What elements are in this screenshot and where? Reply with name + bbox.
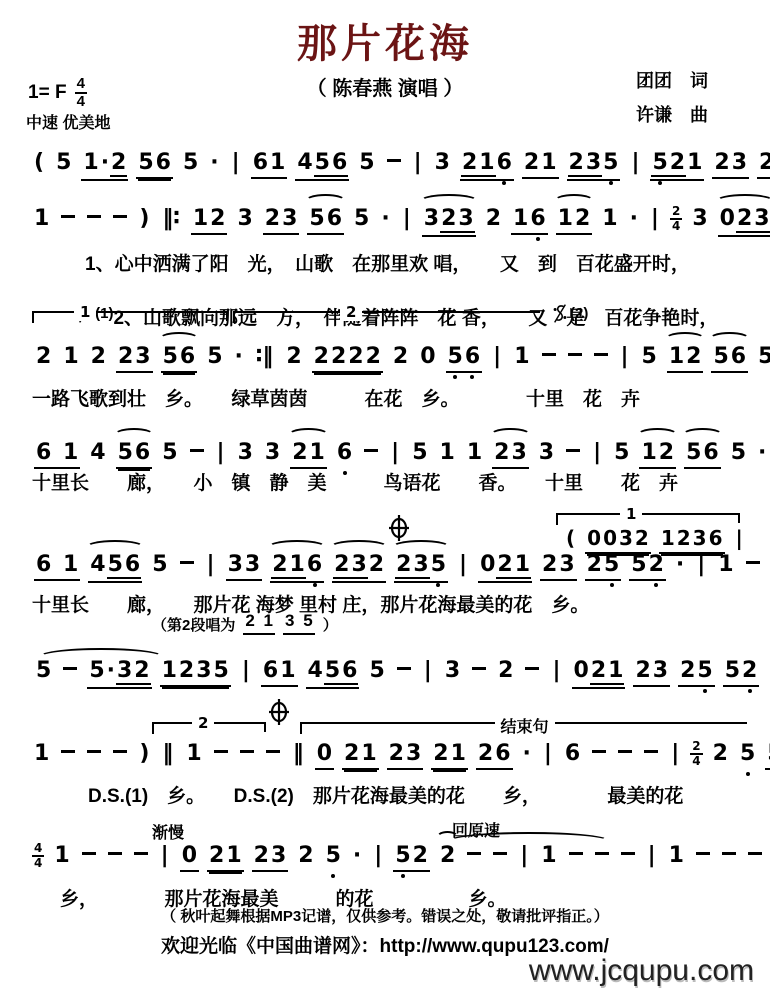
sheet-music-page: 那片花海 （ 陈春燕 演唱 ） 团团 词许谦 曲 1= F 4 4 中速 优美地… [0, 0, 770, 1000]
barline: | [671, 741, 679, 766]
note-char: 6 [326, 206, 343, 231]
note-group: 2 [296, 843, 315, 870]
lyrics-verse-1: 1、心中洒满了阳 光， 山歌 在那里欢 唱， 又 到 百花盛开时， [85, 249, 690, 276]
note-group: 3 [263, 440, 282, 467]
note-group: 56 [161, 344, 198, 373]
note-group: 1 [61, 344, 80, 371]
volta-1-ending-bracket: 1 [556, 513, 740, 525]
note-char: 1 [33, 206, 50, 231]
note-char: · [675, 552, 685, 577]
note-char: 2 [253, 843, 270, 868]
note-group: 2222 [312, 344, 383, 373]
barline: | [459, 552, 467, 577]
note-char: 5 [35, 658, 52, 683]
note-char: 6 [708, 527, 724, 550]
duration-dash [722, 852, 736, 855]
note-group: 6 [335, 440, 354, 467]
duration-dash [618, 750, 632, 753]
duration-dash [190, 449, 204, 452]
note-group: 26 [476, 741, 513, 770]
barline: ‖∶ [162, 206, 179, 231]
note-char: 3 [405, 741, 422, 766]
barline: | [631, 150, 639, 175]
duration-dash [568, 353, 582, 356]
note-group: 61 [251, 150, 288, 179]
note-group: 56 [684, 440, 721, 469]
note-char: 2 [439, 843, 456, 868]
duration-dash [134, 852, 148, 855]
time-signature: 4 4 [75, 76, 87, 110]
note-char: · [234, 344, 244, 369]
note-char: 4 [89, 440, 106, 465]
note-char: 2 [590, 658, 607, 685]
note-char: 2 [343, 741, 360, 766]
note-char: 6 [252, 150, 269, 175]
note-group: 56 [711, 344, 748, 373]
note-char: 6 [496, 150, 513, 175]
note-char: 0 [573, 658, 590, 683]
note-group: 5 [34, 658, 53, 685]
barline: | [374, 843, 382, 868]
note-group: 5 [324, 843, 343, 870]
note-char: 5 [641, 344, 658, 369]
note-group: 232 [332, 552, 386, 583]
note-char: 1 [686, 150, 703, 175]
note-char: 3 [264, 440, 281, 465]
note-char: 3 [195, 658, 212, 683]
note-char: 5 [730, 440, 747, 465]
note-group: · [521, 741, 533, 768]
note-char: 5 [325, 843, 342, 868]
lyrics-line-7: D.S.(1) 乡。 D.S.(2) 那片花海最美的花 乡， 最美的花 [88, 781, 683, 808]
note-char: · [629, 206, 639, 231]
note-group: 216 [270, 552, 324, 583]
note-char: 2 [178, 658, 195, 683]
note-char: 3 [652, 658, 669, 683]
note-char: 1 [717, 552, 734, 577]
duration-dash [621, 852, 635, 855]
note-group: 521 [650, 150, 704, 181]
note-group: 5 [640, 344, 659, 371]
note-char: 2 [713, 150, 730, 175]
duration-dash [569, 852, 583, 855]
note-char: 3 [423, 206, 440, 231]
note-char: · [352, 843, 362, 868]
note-char: 1 [33, 741, 50, 766]
note-char: 5 [107, 552, 124, 579]
note-char: 2 [712, 741, 729, 766]
time-top: 2 [690, 740, 702, 755]
duration-dash [82, 852, 96, 855]
note-char: 3 [281, 206, 298, 231]
note-char: 1 [309, 440, 326, 465]
note-group: 0032 [585, 527, 651, 554]
tempo-marking: 中速 优美地 [26, 110, 110, 133]
note-char: 3 [691, 206, 708, 231]
note-group: 23 [252, 843, 289, 872]
duration-dash [87, 215, 101, 218]
note-char: 5 [630, 552, 647, 577]
note-group: 23 [116, 344, 153, 373]
note-char: 5 [766, 741, 770, 766]
duration-dash [467, 852, 481, 855]
note-char: 6 [306, 552, 323, 577]
duration-dash [525, 667, 539, 670]
note-group: 3 [443, 658, 462, 685]
note-char: 5 [151, 552, 168, 577]
note-char: 3 [457, 206, 474, 233]
note-char: 2 [117, 344, 134, 369]
note-char: 3 [731, 150, 748, 175]
note-char: 6 [331, 150, 348, 177]
note-group: 3 [235, 206, 254, 233]
time-signature: 24 [690, 740, 702, 767]
note-char: 3 [510, 440, 527, 465]
lyrics-line-3: 一路飞歌到壮 乡。 绿草茵茵 在花 乡。 十里 花 卉 [32, 384, 640, 411]
note-group: 0 [315, 741, 334, 770]
barline: | [414, 150, 422, 175]
note-group: 1·2 [81, 150, 128, 181]
volta-tick [738, 513, 740, 523]
note-char: 2 [741, 658, 758, 683]
note-char: 3 [236, 206, 253, 231]
note-group: 23 [540, 552, 577, 581]
cue-notes: (00321236| [560, 527, 750, 554]
time-signature: 44 [32, 842, 44, 869]
note-char: 2 [388, 741, 405, 766]
note-char: ) [138, 741, 150, 766]
barline: | [544, 741, 552, 766]
note-char: 2 [493, 440, 510, 465]
note-char: 1 [668, 843, 685, 868]
note-group: 4 [88, 440, 107, 467]
duration-dash [592, 750, 606, 753]
note-char: 2 [90, 344, 107, 369]
note-group: 5 [729, 440, 748, 467]
duration-dash [542, 353, 556, 356]
note-group: 235 [394, 552, 448, 583]
note-group: 23 [263, 206, 300, 235]
note-char: 2 [634, 658, 651, 683]
barline: | [648, 843, 656, 868]
note-char: 3 [116, 658, 133, 685]
duration-dash [180, 561, 194, 564]
note-char: 2 [35, 344, 52, 369]
verse2-variant-note: （第2段唱为 2 13 5 ） [152, 611, 338, 635]
note-char: 6 [529, 206, 546, 231]
note-char: 3 [444, 658, 461, 683]
note-char: 1 [263, 611, 274, 631]
note-group: 61 [261, 658, 298, 687]
note-group: 5 [367, 658, 386, 685]
note-char: 5 [696, 658, 713, 683]
note-group: 323 [422, 206, 476, 237]
barline: | [651, 206, 659, 231]
note-char: ) [138, 206, 150, 231]
duration-dash [266, 750, 280, 753]
note-group: 56 [446, 344, 483, 373]
note-char: 2 [365, 344, 382, 369]
note-char [52, 440, 62, 465]
note-group: 25 [757, 150, 770, 179]
note-group: 56 [136, 150, 173, 179]
barline: | [207, 552, 215, 577]
note-group: 1 [667, 843, 686, 870]
note-char: 5 [757, 344, 770, 369]
time-top: 4 [32, 842, 44, 857]
key-label: 1= F [28, 82, 67, 104]
note-char: 5 [712, 344, 729, 369]
note-group: 1 [32, 206, 51, 233]
note-char: 2 [330, 344, 347, 369]
barline: | [242, 658, 250, 683]
note-group: 21 [342, 741, 379, 770]
lyrics-line-4: 十里长 廊， 小 镇 静 美 鸟语花 香。 十里 花 卉 [32, 468, 678, 495]
note-group: 12 [667, 344, 704, 373]
barline: | [593, 440, 601, 465]
note-char: 1 [225, 843, 242, 868]
note-group: 25 [585, 552, 622, 581]
note-char: 2 [658, 440, 675, 465]
note-char: 4 [89, 552, 106, 577]
note-char: 2 [523, 150, 540, 175]
note-char: 6 [35, 552, 52, 577]
note-char: 5 [353, 206, 370, 231]
duration-dash [566, 449, 580, 452]
note-group: 5·32 [87, 658, 151, 689]
note-group: 5 [150, 552, 169, 579]
note-char: 1 [660, 527, 676, 550]
note-char: 3 [618, 527, 634, 550]
note-char: 4 [307, 658, 324, 683]
music-system-3: 21223565·∶‖222222056|1|512565·| [30, 344, 770, 373]
volta-2-ending-bracket: 2 [152, 722, 266, 734]
note-group: 12 [639, 440, 676, 469]
note-char: 5 [685, 440, 702, 465]
note-char: 2 [271, 552, 288, 579]
note-char: 3 [227, 552, 244, 577]
duration-dash [696, 852, 710, 855]
note-char: 5 [324, 658, 341, 685]
page-title: 那片花海 [0, 12, 770, 69]
music-system-1: (51·2565·|614565|321621235|521232552·| [28, 150, 770, 181]
barline: ∶‖ [256, 344, 273, 369]
note-char: 3 [412, 552, 429, 579]
note-group: · [351, 843, 363, 870]
note-char [295, 611, 302, 631]
note-char: 2 [412, 843, 429, 868]
duration-dash [240, 750, 254, 753]
note-char: ( [33, 150, 45, 175]
note-char: 2 [461, 150, 478, 177]
note-char: 6 [124, 552, 141, 579]
note-char: 5 [368, 658, 385, 683]
segno-icon [552, 303, 568, 324]
note-group: 2 [484, 206, 503, 233]
music-system-2: 1)‖∶12323565·|323216121·|24302353216| [28, 205, 770, 237]
note-char: 1 [514, 552, 531, 579]
note-group: 2 [89, 344, 108, 371]
note-group: ( [32, 150, 46, 177]
note-group: 33 [226, 552, 263, 581]
volta-1-number: 1 [74, 303, 96, 321]
duration-dash [493, 852, 507, 855]
note-char: 2 [676, 527, 692, 550]
note-char: 3 [585, 150, 602, 177]
note-char: 6 [564, 741, 581, 766]
note-char: 2 [244, 611, 255, 631]
duration-dash [87, 750, 101, 753]
note-char: 5 [651, 150, 668, 177]
composer-credit: 许谦 曲 [636, 105, 708, 125]
note-char: 0 [479, 552, 496, 577]
barline: | [391, 440, 399, 465]
note-char: 5 [161, 440, 178, 465]
note-char: 1 [192, 206, 209, 231]
note-group: 16 [511, 206, 548, 235]
note-group: 5 [352, 206, 371, 233]
note-char: 6 [262, 658, 279, 683]
note-char: 1 [53, 843, 70, 868]
note-group: 3 [433, 150, 452, 177]
note-char: 3 [558, 552, 575, 577]
note-group: 1 [512, 344, 531, 371]
note-char: 3 [538, 440, 555, 465]
note-group: 2 [711, 741, 730, 768]
note-char: 2 [395, 552, 412, 579]
duration-dash [595, 852, 609, 855]
note-group: 021 [572, 658, 626, 689]
note-group: 23 [387, 741, 424, 770]
note-char: 1 [540, 843, 557, 868]
note-group: 52 [629, 552, 666, 581]
note-char: · [209, 150, 219, 175]
note-char: 4 [296, 150, 313, 175]
note-group: 5 [357, 150, 376, 177]
note-char: 6 [464, 344, 481, 369]
duration-dash [748, 852, 762, 855]
barline: | [493, 344, 501, 369]
note-group: ( [564, 527, 577, 552]
note-char: 0 [586, 527, 602, 550]
note-group: 6 1 [34, 552, 80, 581]
note-char: 5 [162, 344, 179, 369]
note-group: 21 [290, 440, 327, 469]
note-char: 2 [313, 344, 330, 369]
note-char: · [380, 206, 390, 231]
note-char: 5 [358, 150, 375, 175]
note-char: 3 [237, 440, 254, 465]
note-char: 6 [155, 150, 172, 175]
note-char: 5 [117, 440, 134, 465]
note-char: 2 [586, 552, 603, 577]
note-group: 52 [393, 843, 430, 872]
note-char: · [100, 150, 110, 175]
key-signature: 1= F 4 4 [28, 76, 91, 110]
note-char: 2 [568, 150, 585, 177]
duration-dash [61, 750, 75, 753]
note-group: 1 [52, 843, 71, 870]
note-group: · [756, 440, 768, 467]
note-char: 1 [62, 344, 79, 369]
note-char: 5 [724, 658, 741, 683]
ending-phrase-label: 结束句 [494, 714, 554, 737]
note-char: 5 [411, 440, 428, 465]
note-group: 5 [738, 741, 757, 768]
note-group: 2 [438, 843, 457, 870]
time-signature: 24 [670, 205, 682, 232]
note-group: 5 [181, 150, 200, 177]
barline: | [424, 658, 432, 683]
note-group: · [379, 206, 391, 233]
note-char: 1 [82, 150, 99, 175]
segno-2: (2) [552, 303, 588, 324]
note-char: 2 [368, 552, 385, 577]
barline: ‖ [162, 741, 173, 766]
variant-prefix: （第2段唱为 [152, 614, 235, 635]
volta-2-number: 2 [340, 303, 362, 321]
note-group: 3 [537, 440, 556, 467]
note-group: 5 [410, 440, 429, 467]
note-group: · [233, 344, 245, 371]
barline: | [161, 843, 169, 868]
time-bottom: 4 [32, 857, 44, 870]
note-group: · [208, 150, 220, 177]
note-char: 2 [634, 527, 650, 550]
note-group: 0 [180, 843, 199, 872]
note-group: 6 [563, 741, 582, 768]
duration-dash [63, 667, 77, 670]
note-group: 021 [478, 552, 532, 583]
note-char [52, 552, 62, 577]
note-char: 5 [182, 150, 199, 175]
note-char: 3 [244, 552, 261, 577]
note-group: 456 [306, 658, 360, 689]
note-group: · [674, 552, 686, 579]
note-char: 1 [269, 150, 286, 175]
note-char: 5 [308, 206, 325, 231]
note-char: 1 [513, 344, 530, 369]
note-char: 1 [439, 440, 456, 465]
volta-1-bracket: 1 [32, 311, 228, 323]
note-group: 21 [207, 843, 244, 872]
note-char: · [757, 440, 767, 465]
note-char: 6 [494, 741, 511, 766]
barline: | [697, 552, 705, 577]
music-system-5: 6 14565|33216232235|021232552·|1| [30, 552, 770, 583]
variant-suffix: ） [323, 614, 338, 635]
note-group: 56 [307, 206, 344, 235]
note-group: 1 [539, 843, 558, 870]
note-group: 1 [438, 440, 457, 467]
note-group: 2 [391, 344, 410, 371]
note-group: 3 [690, 206, 709, 233]
note-char [256, 611, 263, 631]
volta-1-ending-number: 1 [620, 505, 642, 523]
note-char: 3 [692, 527, 708, 550]
note-group: 2 [34, 344, 53, 371]
credits: 团团 词许谦 曲 [636, 64, 708, 132]
note-group: 456 [295, 150, 349, 181]
barline: | [217, 440, 225, 465]
note-char: 2 [648, 552, 665, 577]
note-group: 1 [600, 206, 619, 233]
duration-dash [397, 667, 411, 670]
note-char: 0 [181, 843, 198, 868]
note-char: 2 [685, 344, 702, 369]
note-char: 2 [485, 206, 502, 231]
note-char: 1 [512, 206, 529, 231]
